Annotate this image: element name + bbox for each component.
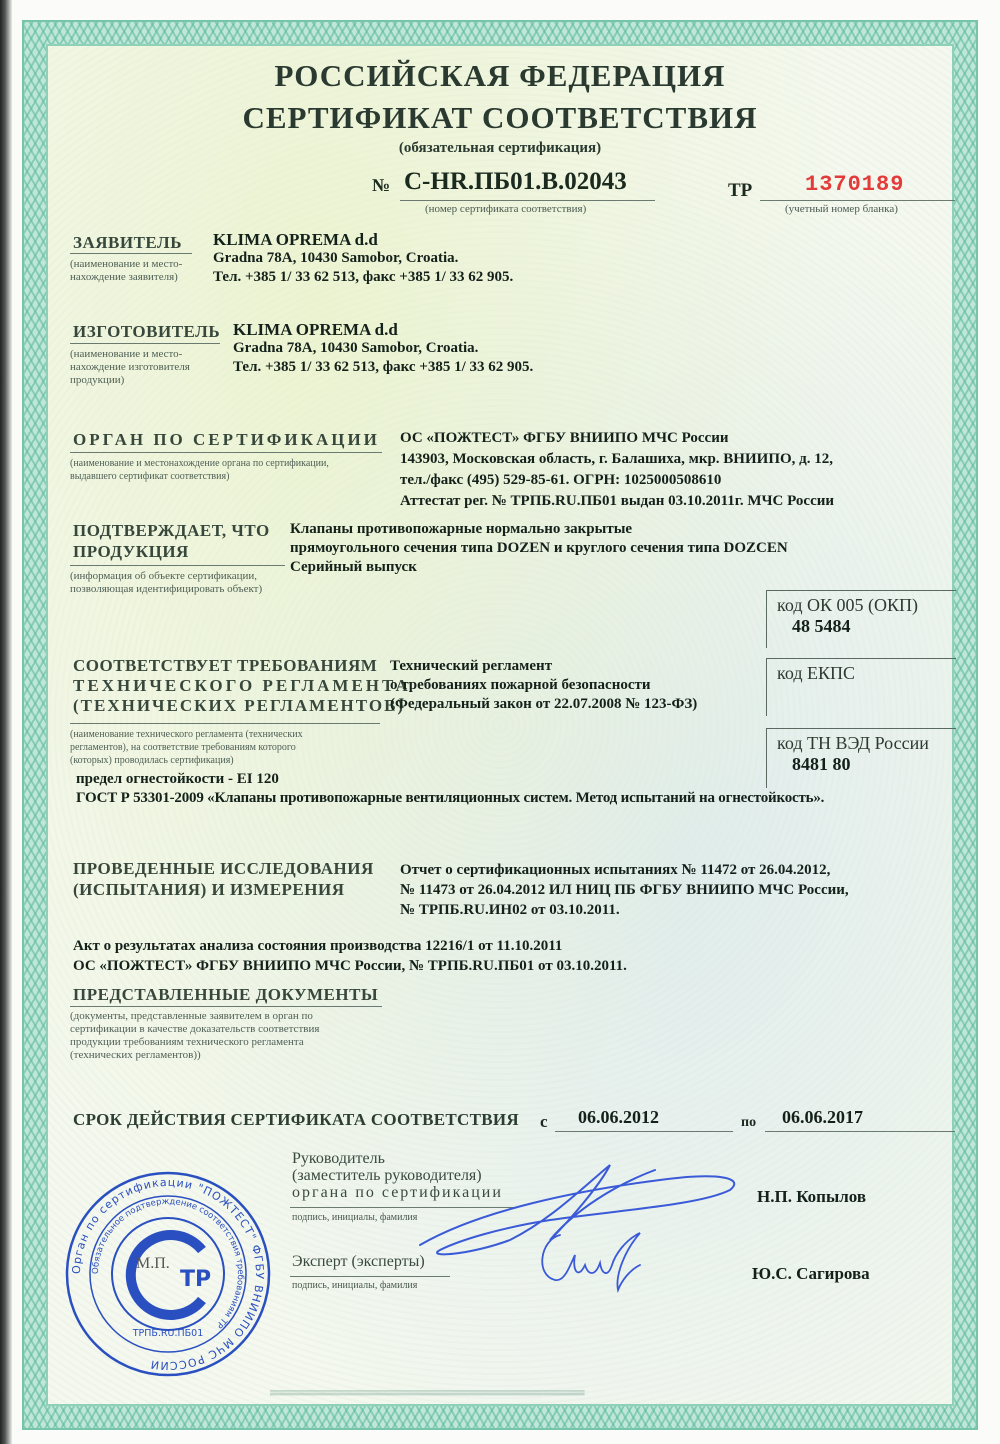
product-caption: (информация об объекте сертификации, поз…	[70, 570, 262, 596]
expert-caption: подпись, инициалы, фамилия	[292, 1280, 417, 1291]
head-caption: подпись, инициалы, фамилия	[292, 1212, 417, 1223]
country-title: РОССИЙСКАЯ ФЕДЕРАЦИЯ	[0, 58, 1000, 94]
svg-text:ТРПБ.RU.ПБ01: ТРПБ.RU.ПБ01	[132, 1328, 204, 1339]
tnved-code-label: код ТН ВЭД России	[777, 733, 956, 754]
validity-to-date: 06.06.2017	[782, 1107, 863, 1128]
product-label: ПОДТВЕРЖДАЕТ, ЧТО ПРОДУКЦИЯ	[73, 520, 270, 562]
blank-printer-imprint: ▒▒▒▒▒▒▒▒▒▒▒▒▒▒▒▒▒▒▒▒▒▒▒▒▒▒▒▒▒▒▒▒▒▒▒▒▒▒▒▒…	[270, 1390, 740, 1396]
tnved-code-box: код ТН ВЭД России 8481 80	[766, 728, 956, 788]
regulations-label: СООТВЕТСТВУЕТ ТРЕБОВАНИЯМ ТЕХНИЧЕСКОГО Р…	[73, 656, 411, 716]
document-title: СЕРТИФИКАТ СООТВЕТСТВИЯ	[0, 100, 1000, 136]
okp-code-box: код ОК 005 (ОКП) 48 5484	[766, 590, 956, 648]
scan-edge-shadow	[0, 0, 12, 1444]
ekps-code-label: код ЕКПС	[777, 663, 956, 684]
ekps-code-box: код ЕКПС	[766, 658, 956, 716]
certification-body-accreditation: Аттестат рег. № ТРПБ.RU.ПБ01 выдан 03.10…	[400, 491, 834, 512]
certification-body-caption: (наименование и местонахождение органа п…	[70, 457, 329, 483]
validity-to-label: по	[741, 1115, 756, 1131]
applicant-caption: (наименование и место- нахождение заявит…	[70, 258, 182, 284]
manufacturer-caption: (наименование и место- нахождение изгото…	[70, 348, 190, 387]
blank-number: 1370189	[805, 172, 904, 197]
svg-text:ТР: ТР	[180, 1267, 211, 1292]
expert-signature-scribble	[530, 1225, 680, 1295]
tests-details: Отчет о сертификационных испытаниях № 11…	[400, 860, 849, 920]
applicant-name: KLIMA OPREMA d.d	[213, 230, 513, 249]
certification-body-address: 143903, Московская область, г. Балашиха,…	[400, 449, 834, 470]
tnved-code-value: 8481 80	[777, 754, 956, 775]
okp-code-label: код ОК 005 (ОКП)	[777, 595, 956, 616]
manufacturer-details: KLIMA OPREMA d.d Gradna 78A, 10430 Samob…	[233, 320, 533, 377]
manufacturer-phone: Тел. +385 1/ 33 62 513, факс +385 1/ 33 …	[233, 358, 533, 377]
certification-body-contacts: тел./факс (495) 529-85-61. ОГРН: 1025000…	[400, 470, 834, 491]
certification-body-label-rule	[70, 452, 382, 453]
svg-text:М.П.: М.П.	[136, 1255, 170, 1272]
seal-stamp: Орган по сертификации "ПОЖТЕСТ" ФГБУ ВНИ…	[62, 1168, 274, 1380]
validity-to-underline	[765, 1131, 955, 1132]
certification-body-label: ОРГАН ПО СЕРТИФИКАЦИИ	[73, 430, 380, 450]
tp-label: ТР	[728, 180, 752, 202]
applicant-address: Gradna 78A, 10430 Samobor, Croatia.	[213, 249, 513, 268]
gost-standard: ГОСТ Р 53301-2009 «Клапаны противопожарн…	[76, 789, 824, 808]
certificate-number-caption: (номер сертификата соответствия)	[425, 203, 586, 215]
production-analysis-act: Акт о результатах анализа состояния прои…	[73, 936, 627, 976]
manufacturer-label-rule	[70, 343, 220, 344]
number-sign: №	[372, 175, 390, 196]
documents-label-rule	[70, 1006, 382, 1007]
certificate-number-underline	[400, 200, 655, 201]
regulations-caption: (наименование технического регламента (т…	[70, 728, 303, 767]
document-subtitle: (обязательная сертификация)	[0, 140, 1000, 157]
certification-body-name: ОС «ПОЖТЕСТ» ФГБУ ВНИИПО МЧС России	[400, 428, 834, 449]
product-details: Клапаны противопожарные нормально закрыт…	[290, 520, 788, 577]
applicant-label: ЗАЯВИТЕЛЬ	[73, 233, 182, 253]
manufacturer-name: KLIMA OPREMA d.d	[233, 320, 533, 339]
validity-label: СРОК ДЕЙСТВИЯ СЕРТИФИКАТА СООТВЕТСТВИЯ	[73, 1110, 519, 1130]
regulations-label-rule	[70, 723, 380, 724]
tests-label: ПРОВЕДЕННЫЕ ИССЛЕДОВАНИЯ (ИСПЫТАНИЯ) И И…	[73, 858, 374, 900]
regulations-details: Технический регламент о требованиях пожа…	[390, 657, 697, 714]
blank-number-underline	[760, 200, 955, 201]
documents-label: ПРЕДСТАВЛЕННЫЕ ДОКУМЕНТЫ	[73, 985, 378, 1005]
validity-from-label: с	[540, 1112, 548, 1132]
manufacturer-label: ИЗГОТОВИТЕЛЬ	[73, 322, 220, 342]
applicant-details: KLIMA OPREMA d.d Gradna 78A, 10430 Samob…	[213, 230, 513, 287]
blank-number-caption: (учетный номер бланка)	[785, 203, 898, 215]
product-label-rule	[70, 565, 285, 566]
certificate-number: C-HR.ПБ01.В.02043	[404, 168, 627, 196]
fire-resistance-limit: предел огнестойкости - EI 120	[76, 770, 279, 789]
applicant-phone: Тел. +385 1/ 33 62 513, факс +385 1/ 33 …	[213, 268, 513, 287]
documents-caption: (документы, представленные заявителем в …	[70, 1010, 350, 1062]
certification-body-details: ОС «ПОЖТЕСТ» ФГБУ ВНИИПО МЧС России 1439…	[400, 428, 834, 512]
manufacturer-address: Gradna 78A, 10430 Samobor, Croatia.	[233, 339, 533, 358]
validity-from-underline	[555, 1131, 733, 1132]
applicant-label-rule	[70, 253, 192, 254]
okp-code-value: 48 5484	[777, 616, 956, 637]
validity-from-date: 06.06.2012	[578, 1107, 659, 1128]
